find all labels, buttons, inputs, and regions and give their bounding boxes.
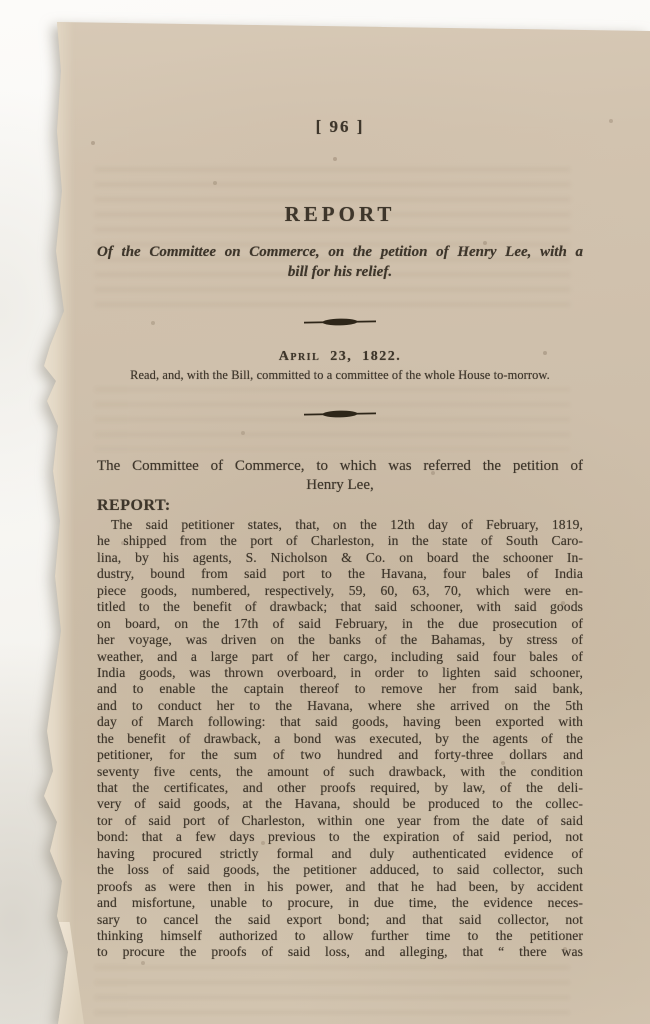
- body-text-line: having procured strictly formal and duly…: [97, 846, 583, 862]
- body-text-line: proofs as were then in his power, and th…: [97, 879, 583, 895]
- body-text-line: petitioner, for the sum of two hundred a…: [97, 747, 583, 763]
- body-text-line: The said petitioner states, that, on the…: [97, 517, 583, 533]
- report-body: The said petitioner states, that, on the…: [97, 517, 583, 961]
- committee-referral: The Committee of Commerce, to which was …: [97, 457, 583, 494]
- body-text-line: the loss of said goods, the petitioner a…: [97, 862, 583, 878]
- body-text-line: and to conduct her to the Havana, where …: [97, 698, 583, 714]
- body-text-line: piece goods, numbered, respectively, 59,…: [97, 583, 583, 599]
- swelled-rule-divider-top: [97, 317, 583, 327]
- committal-note: Read, and, with the Bill, committed to a…: [97, 368, 583, 383]
- body-text-line: India goods, was thrown overboard, in or…: [97, 665, 583, 681]
- body-text-line: to procure the proofs of said loss, and …: [97, 944, 583, 960]
- referral-line-1: The Committee of Commerce, to which was …: [97, 457, 583, 476]
- body-text-line: very of said goods, at the Havana, shoul…: [97, 796, 583, 812]
- body-text-line: he shipped from the port of Charleston, …: [97, 533, 583, 549]
- report-date: April 23, 1822.: [97, 349, 583, 365]
- body-text-line: seventy five cents, the amount of such d…: [97, 764, 583, 780]
- referral-line-2: Henry Lee,: [97, 476, 583, 495]
- body-text-line: on board, on the 17th of said February, …: [97, 616, 583, 632]
- report-title: REPORT: [97, 202, 583, 227]
- body-text-line: lina, by his agents, S. Nicholson & Co. …: [97, 550, 583, 566]
- paper-sheet: [ 96 ] REPORT Of the Committee on Commer…: [0, 0, 650, 1024]
- printed-content: [ 96 ] REPORT Of the Committee on Commer…: [97, 0, 583, 1024]
- paper-wrap: [ 96 ] REPORT Of the Committee on Commer…: [0, 0, 650, 1024]
- body-text-line: the benefit of drawback, a bond was exec…: [97, 731, 583, 747]
- body-text-line: thinking himself authorized to allow fur…: [97, 928, 583, 944]
- deckle-edge: [40, 0, 74, 1024]
- subtitle-line-2: bill for his relief.: [97, 263, 583, 283]
- swelled-rule-divider-bottom: [97, 409, 583, 419]
- body-text-line: sary to cancel the said export bond; and…: [97, 912, 583, 928]
- body-text-line: and to enable the captain thereof to rem…: [97, 681, 583, 697]
- body-text-line: that the certificates, and other proofs …: [97, 780, 583, 796]
- subtitle-line-1: Of the Committee on Commerce, on the pet…: [97, 243, 583, 263]
- body-text-line: her voyage, was driven on the banks of t…: [97, 632, 583, 648]
- body-text-line: dustry, bound from said port to the Hava…: [97, 566, 583, 582]
- paper-speckles: [0, 0, 2, 2]
- body-text-line: day of March following: that said goods,…: [97, 714, 583, 730]
- corner-fold: [52, 922, 84, 1024]
- body-text-line: weather, and a large part of her cargo, …: [97, 649, 583, 665]
- body-text-line: bond: that a few days previous to the ex…: [97, 829, 583, 845]
- body-text-line: titled to the benefit of drawback; that …: [97, 599, 583, 615]
- scanned-page-canvas: [ 96 ] REPORT Of the Committee on Commer…: [0, 0, 650, 1024]
- swelled-rule-icon: [303, 317, 377, 327]
- page-number: [ 96 ]: [97, 117, 583, 137]
- body-text-line: tor of said port of Charleston, within o…: [97, 813, 583, 829]
- body-text-line: and misfortune, unable to procure, in du…: [97, 895, 583, 911]
- swelled-rule-icon: [303, 409, 377, 419]
- report-label: REPORT:: [97, 497, 583, 515]
- report-subtitle: Of the Committee on Commerce, on the pet…: [97, 243, 583, 282]
